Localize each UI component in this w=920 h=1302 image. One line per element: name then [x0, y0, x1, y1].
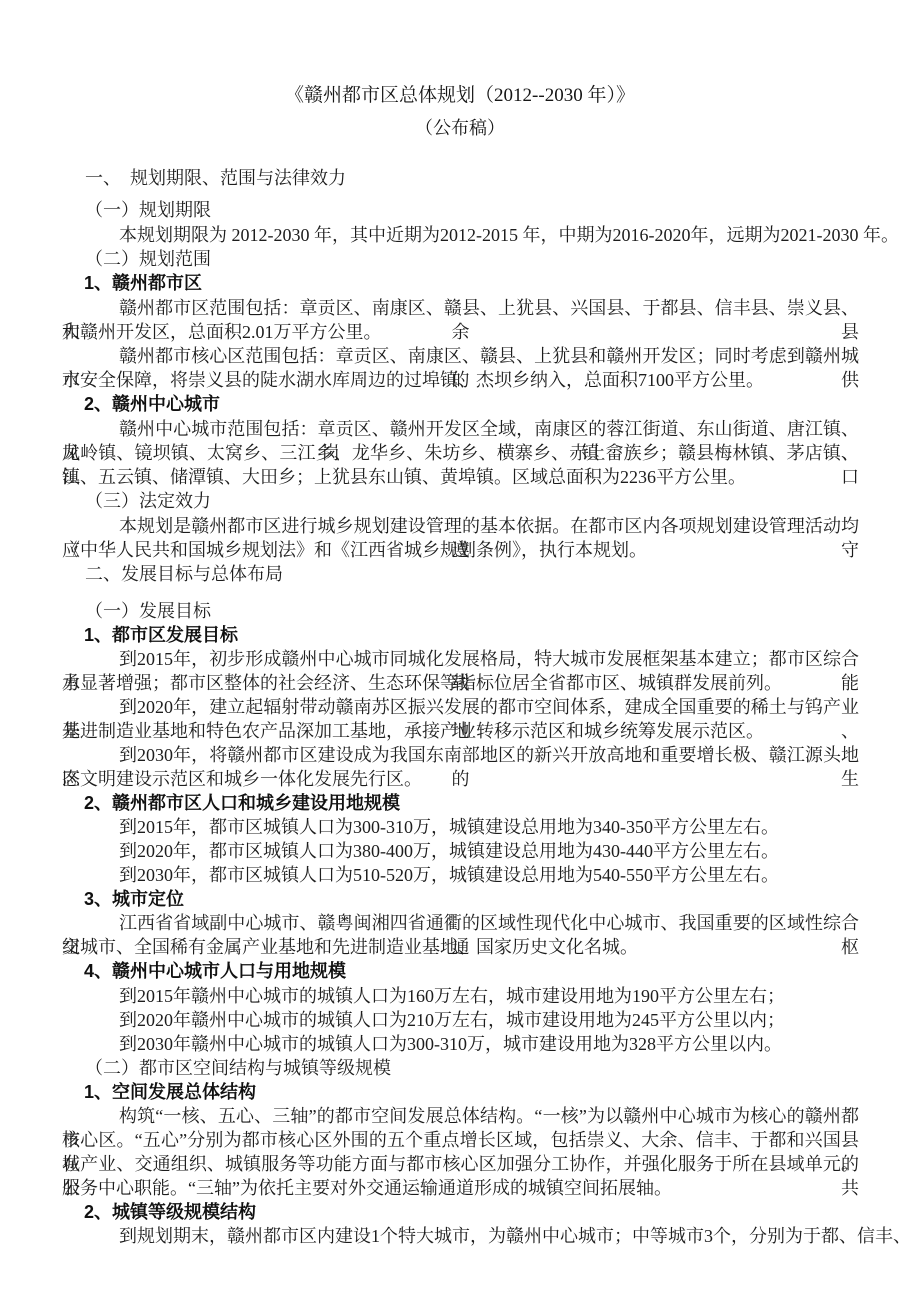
numbered-heading: 2、城镇等级规模结构 [84, 1200, 256, 1224]
numbered-heading: 1、都市区发展目标 [84, 623, 238, 647]
body-line: 先进制造业基地和特色农产品深加工基地，承接产业转移示范区和城乡统筹发展示范区。 [62, 719, 764, 743]
body-line: 纽城市、全国稀有金属产业基地和先进制造业基地、国家历史文化名城。 [62, 935, 638, 959]
section-heading: 二、发展目标与总体布局 [85, 562, 283, 586]
body-line: 到2015年，都市区城镇人口为300-310万，城镇建设总用地为340-350平… [62, 815, 779, 839]
body-line: 到2020年，都市区城镇人口为380-400万，城镇建设总用地为430-440平… [62, 839, 779, 863]
body-line: 《中华人民共和国城乡规划法》和《江西省城乡规划条例》，执行本规划。 [62, 538, 647, 562]
subsection-heading: （二）规划范围 [85, 247, 211, 271]
body-line: 到规划期末，赣州都市区内建设1个特大城市，为赣州中心城市；中等城市3个，分别为于… [62, 1224, 911, 1248]
body-line: 镇、五云镇、储潭镇、大田乡；上犹县东山镇、黄埠镇。区域总面积为2236平方公里。 [62, 465, 746, 489]
body-line: 到2020年赣州中心城市的城镇人口为210万左右，城市建设用地为245平方公里以… [62, 1008, 785, 1032]
section-heading: 一、 规划期限、范围与法律效力 [85, 166, 346, 190]
numbered-heading: 3、城市定位 [84, 887, 184, 911]
subsection-heading: （一）发展目标 [85, 599, 211, 623]
body-line: 和赣州开发区，总面积2.01万平方公里。 [62, 320, 382, 344]
body-line: 本规划期限为 2012-2030 年，其中近期为2012-2015 年，中期为2… [62, 223, 899, 247]
numbered-heading: 2、赣州都市区人口和城乡建设用地规模 [84, 791, 400, 815]
numbered-heading: 4、赣州中心城市人口与用地规模 [84, 959, 346, 983]
body-line: 态文明建设示范区和城乡一体化发展先行区。 [62, 767, 422, 791]
body-line: 到2030年，都市区城镇人口为510-520万，城镇建设总用地为540-550平… [62, 863, 779, 887]
subsection-heading: （一）规划期限 [85, 198, 211, 222]
document-page: 《赣州都市区总体规划（2012--2030 年）》 （公布稿） 一、 规划期限、… [0, 0, 920, 1302]
doc-subtitle: （公布稿） [0, 116, 920, 140]
body-line: 力显著增强；都市区整体的社会经济、生态环保等指标位居全省都市区、城镇群发展前列。 [62, 671, 782, 695]
numbered-heading: 2、赣州中心城市 [84, 392, 220, 416]
body-line: 水安全保障，将崇义县的陡水湖水库周边的过埠镇、杰坝乡纳入，总面积7100平方公里… [62, 368, 764, 392]
doc-title: 《赣州都市区总体规划（2012--2030 年）》 [0, 84, 920, 108]
numbered-heading: 1、赣州都市区 [84, 271, 202, 295]
subsection-heading: （三）法定效力 [85, 489, 211, 513]
body-line: 到2015年赣州中心城市的城镇人口为160万左右，城市建设用地为190平方公里左… [62, 984, 785, 1008]
numbered-heading: 1、空间发展总体结构 [84, 1080, 256, 1104]
body-line: 到2030年赣州中心城市的城镇人口为300-310万，城市建设用地为328平方公… [62, 1032, 782, 1056]
body-line: 服务中心职能。“三轴”为依托主要对外交通运输通道形成的城镇空间拓展轴。 [62, 1176, 672, 1200]
subsection-heading: （二）都市区空间结构与城镇等级规模 [85, 1056, 391, 1080]
